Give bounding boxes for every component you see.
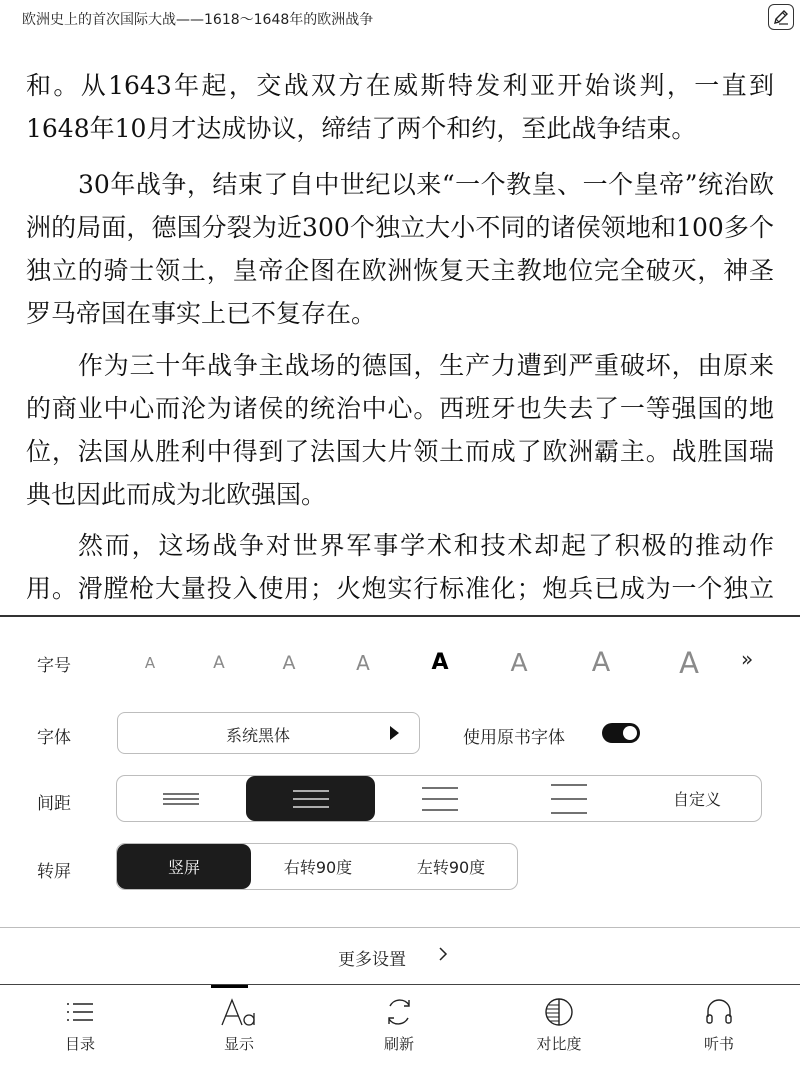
line-spacing-wide-icon [420,785,460,813]
toggle-knob [623,726,637,740]
tab-listen[interactable]: 听书 [659,985,779,1067]
font-size-option-5-selected[interactable]: A [427,650,453,675]
paragraph: 作为三十年战争主战场的德国，生产力遭到严重破坏，由原来的商业中心而沦为诸侯的统治… [0,344,800,516]
rotation-option-portrait-selected[interactable]: 竖屏 [117,844,251,889]
tab-label: 听书 [659,1033,779,1054]
line-spacing-widest-icon [549,783,589,815]
paragraph: 然而，这场战争对世界军事学术和技术却起了积极的推动作用。滑膛枪大量投入使用；火炮… [0,524,800,616]
tab-label: 显示 [179,1033,299,1054]
contrast-icon [499,997,619,1027]
font-label: 字体 [37,723,71,748]
double-chevron-right-icon[interactable]: » [741,647,753,671]
use-original-font-toggle[interactable] [602,723,640,743]
rotation-segmented-control: 竖屏 右转90度 左转90度 [116,843,518,890]
triangle-right-icon [390,726,399,740]
book-title: 欧洲史上的首次国际大战——1618～1648年的欧洲战争 [22,9,373,29]
chevron-right-icon [437,944,449,969]
font-size-option-3[interactable]: A [277,652,301,674]
spacing-option-compact[interactable] [117,776,245,821]
spacing-option-widest[interactable] [505,776,633,821]
spacing-option-custom[interactable]: 自定义 [633,776,761,821]
tab-label: 刷新 [339,1033,459,1054]
headphones-icon [659,997,779,1027]
tab-toc[interactable]: 目录 [20,985,140,1067]
spacing-option-wide[interactable] [375,776,505,821]
font-select-value: 系统黑体 [118,723,398,746]
font-size-option-6[interactable]: A [504,648,534,677]
reading-area[interactable]: 和。从1643年起，交战双方在威斯特发利亚开始谈判，一直到1648年10月才达成… [0,38,800,616]
line-spacing-normal-icon [291,787,331,811]
line-spacing-compact-icon [161,789,201,809]
font-size-label: 字号 [37,651,71,676]
tab-contrast[interactable]: 对比度 [499,985,619,1067]
spacing-label: 间距 [37,789,71,814]
paragraph: 和。从1643年起，交战双方在威斯特发利亚开始谈判，一直到1648年10月才达成… [0,64,800,150]
font-size-option-4[interactable]: A [350,651,376,675]
pencil-icon [772,8,790,26]
more-settings-label: 更多设置 [338,945,406,970]
use-original-font-label: 使用原书字体 [463,723,565,748]
font-select[interactable]: 系统黑体 [117,712,420,754]
more-settings-button[interactable]: 更多设置 [0,927,800,985]
font-size-option-2[interactable]: A [208,653,230,673]
reader-header: 欧洲史上的首次国际大战——1618～1648年的欧洲战争 [0,0,800,38]
font-size-option-1[interactable]: A [140,654,160,672]
tab-refresh[interactable]: 刷新 [339,985,459,1067]
edit-note-button[interactable] [768,4,794,30]
font-aa-icon [179,997,299,1027]
tab-display-active[interactable]: 显示 [179,985,299,1067]
display-settings-panel: 字号 A A A A A A A A » 字体 系统黑体 使用原书字体 间距 [0,615,800,1067]
tab-label: 目录 [20,1033,140,1054]
spacing-option-normal-selected[interactable] [246,776,375,821]
rotation-option-right-90[interactable]: 右转90度 [251,844,385,889]
spacing-segmented-control: 自定义 [116,775,762,822]
rotation-label: 转屏 [37,857,71,882]
toc-list-icon [20,997,140,1027]
font-size-option-7[interactable]: A [585,647,617,678]
font-size-option-8[interactable]: A [672,646,706,680]
tab-label: 对比度 [499,1033,619,1054]
refresh-icon [339,997,459,1027]
paragraph: 30年战争，结束了自中世纪以来“一个教皇、一个皇帝”统治欧洲的局面，德国分裂为近… [0,163,800,335]
font-size-row: 字号 A A A A A A A A » [0,637,800,692]
rotation-option-left-90[interactable]: 左转90度 [385,844,517,889]
bottom-tab-bar: 目录 显示 刷新 [0,985,800,1067]
